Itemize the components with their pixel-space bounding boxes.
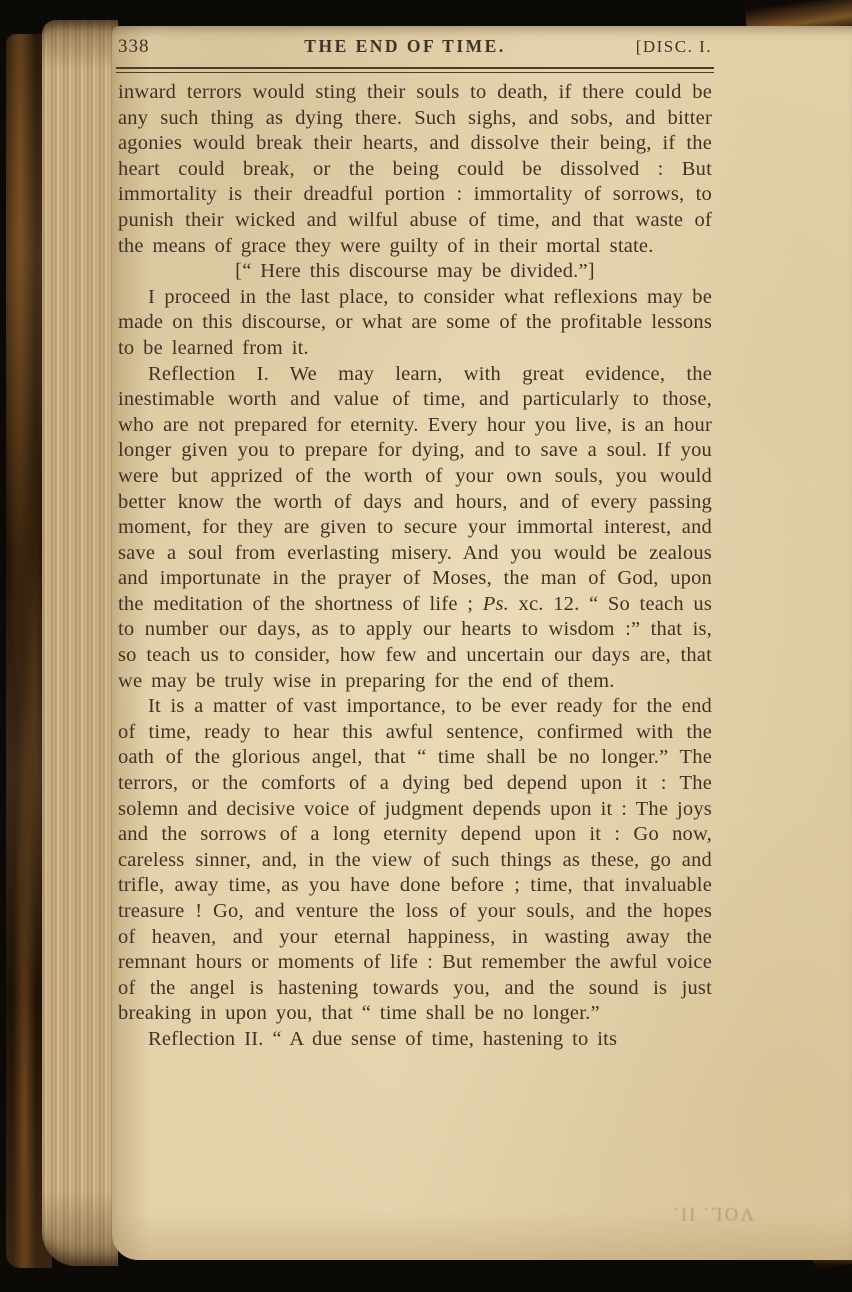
paragraph: Reflection I. We may learn, with great e… <box>118 362 712 695</box>
book-photograph: VOL. II. 338 THE END OF TIME. [DISC. I. … <box>0 0 852 1292</box>
paragraph: [“ Here this discourse may be divided.”] <box>118 259 712 285</box>
page-body: inward terrors would sting their souls t… <box>118 80 712 1053</box>
page-edge-stack <box>42 20 118 1266</box>
paragraph: I proceed in the last place, to consider… <box>118 285 712 362</box>
paragraph: Reflection II. “ A due sense of time, ha… <box>118 1027 712 1053</box>
paragraph: inward terrors would sting their souls t… <box>118 80 712 259</box>
paragraph-text: Reflection I. We may learn, with great e… <box>118 363 712 615</box>
paragraph-text: I proceed in the last place, to consider… <box>118 286 712 359</box>
paragraph-text: inward terrors would sting their souls t… <box>118 81 712 257</box>
running-title: THE END OF TIME. <box>208 36 602 57</box>
paragraph-text: Reflection II. “ A due sense of time, ha… <box>148 1028 617 1050</box>
paragraph-text: [“ Here this discourse may be divided.”] <box>235 260 595 282</box>
paragraph: It is a matter of vast importance, to be… <box>118 694 712 1027</box>
bleed-through-text: VOL. II. <box>672 1202 754 1224</box>
header-rule <box>116 67 714 73</box>
page-number: 338 <box>118 36 208 58</box>
section-label: [DISC. I. <box>602 37 712 57</box>
page-header: 338 THE END OF TIME. [DISC. I. <box>118 36 712 58</box>
scripture-citation: Ps. <box>483 593 509 615</box>
paragraph-text: It is a matter of vast importance, to be… <box>118 695 712 1024</box>
